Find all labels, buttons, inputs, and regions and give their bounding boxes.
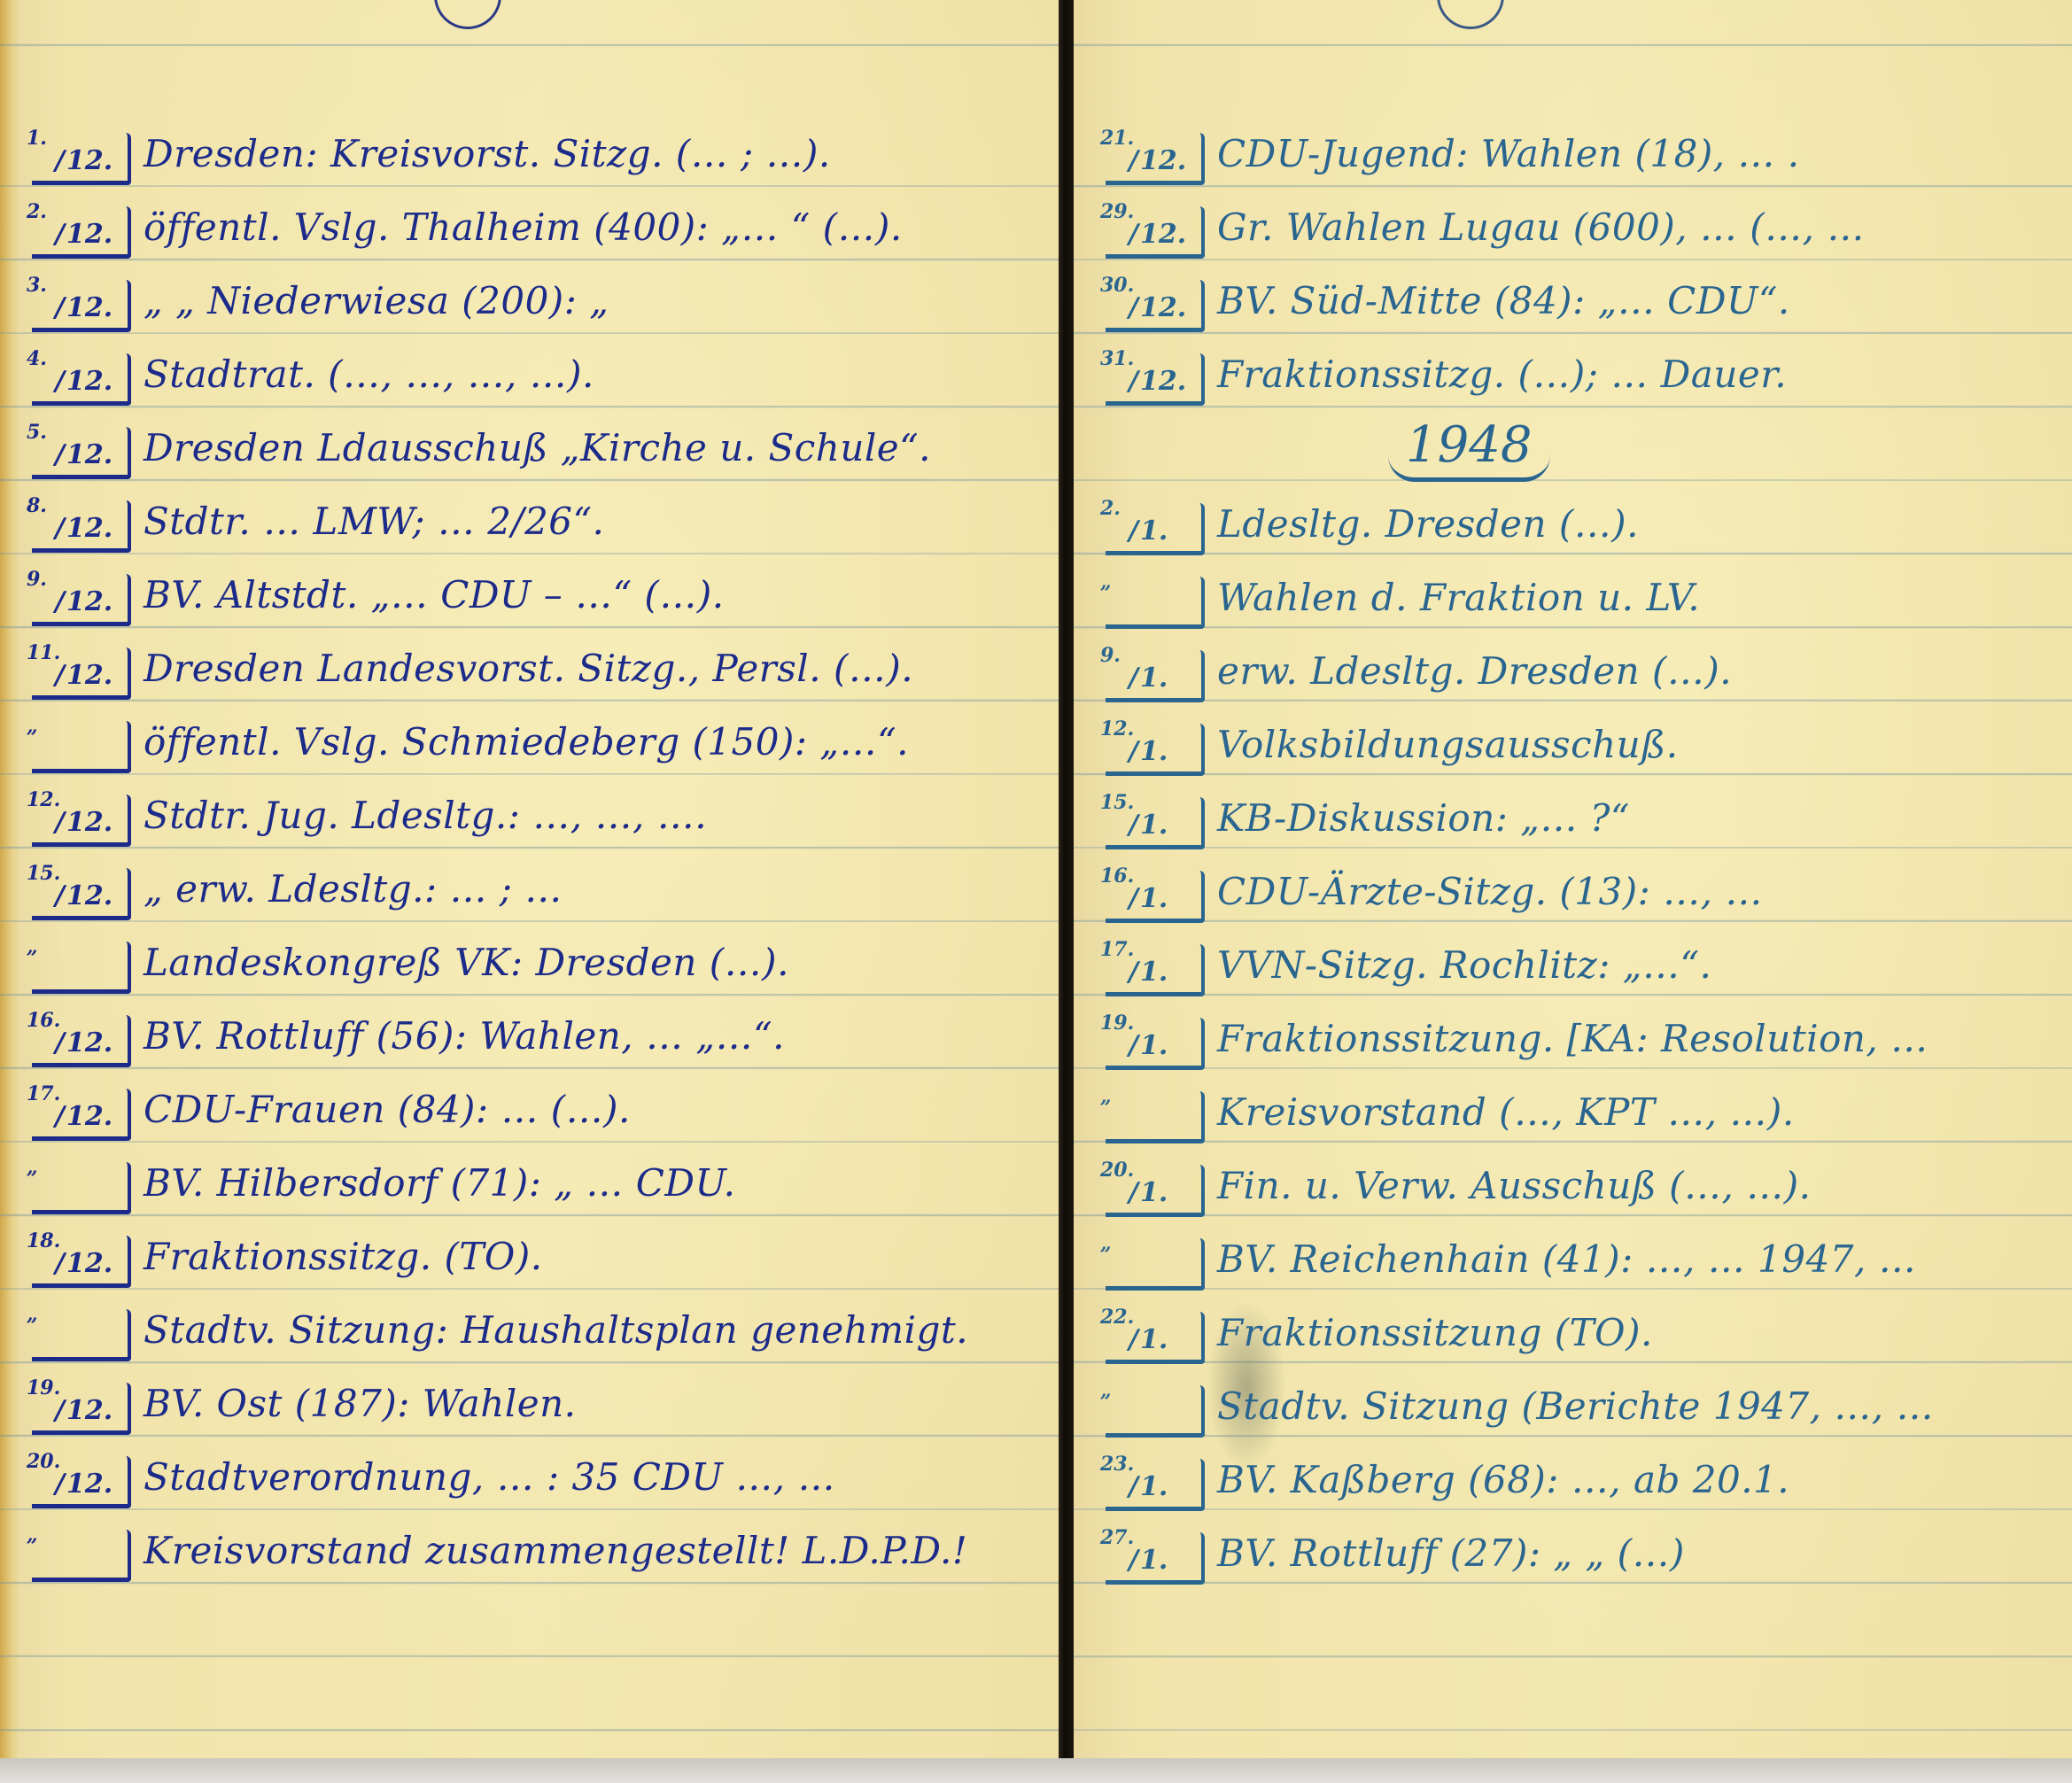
date-bracket [1106, 650, 1205, 702]
diary-entry: „ Stadtv. Sitzung: Haushaltsplan genehmi… [23, 1290, 968, 1363]
entry-text: KB-Diskussion: „… ?“ [1210, 800, 1630, 851]
date-bracket [1106, 1532, 1205, 1585]
entry-date: 8. 12. [23, 492, 136, 554]
book-gutter [1059, 0, 1074, 1758]
date-bracket [32, 1015, 131, 1067]
diary-entry: 27. 1. BV. Rottluff (27): „ „ (…) [1097, 1513, 1685, 1586]
diary-entry: 29. 12. Gr. Wahlen Lugau (600), … (…, … [1097, 187, 1865, 260]
date-bracket [32, 1236, 131, 1288]
diary-entry: 16. 1. CDU-Ärzte-Sitzg. (13): …, … [1097, 851, 1763, 925]
diary-entry: „ BV. Reichenhain (41): …, … 1947, … [1097, 1219, 1916, 1292]
entry-text: Stdtr. Jug. Ldesltg.: …, …, …. [136, 797, 707, 849]
diary-entry: 21. 12. CDU-Jugend: Wahlen (18), … . [1097, 113, 1800, 187]
entry-date: 29. 12. [1097, 198, 1210, 260]
entry-text: erw. Ldesltg. Dresden (…). [1210, 653, 1732, 704]
entry-date: „ [23, 1522, 136, 1584]
entry-date: „ [23, 1154, 136, 1216]
entry-date: 23. 1. [1097, 1451, 1210, 1513]
entry-date: „ [1097, 1377, 1210, 1439]
date-bracket [1106, 577, 1205, 629]
entry-text: Landeskongreß VK: Dresden (…). [136, 944, 789, 996]
entry-date: „ [23, 934, 136, 996]
date-bracket [1106, 1238, 1205, 1291]
diary-entry: 19. 1. Fraktionssitzung. [KA: Resolution… [1097, 998, 1928, 1072]
diary-entry: 20. 12. Stadtverordnung, … : 35 CDU …, … [23, 1437, 835, 1510]
date-bracket [32, 1089, 131, 1141]
diary-entry: 17. 12. CDU-Frauen (84): … (…). [23, 1069, 631, 1143]
diary-entry: 15. 12. „ erw. Ldesltg.: … ; … [23, 849, 563, 922]
date-bracket [1106, 1385, 1205, 1438]
date-bracket [1106, 797, 1205, 849]
entry-text: Fraktionssitzg. (…); … Dauer. [1210, 356, 1787, 407]
entry-text: Stadtv. Sitzung (Berichte 1947, …, … [1210, 1388, 1934, 1439]
entry-text: Stadtv. Sitzung: Haushaltsplan genehmigt… [136, 1312, 968, 1363]
entry-date: 2. 1. [1097, 495, 1210, 557]
date-bracket [32, 942, 131, 994]
entry-text: Stadtrat. (…, …, …, …). [136, 356, 594, 407]
date-bracket [32, 1383, 131, 1435]
entry-text: öffentl. Vslg. Thalheim (400): „… “ (…). [136, 209, 903, 260]
entry-text: CDU-Frauen (84): … (…). [136, 1091, 631, 1143]
diary-entry: 31. 12. Fraktionssitzg. (…); … Dauer. [1097, 334, 1787, 407]
date-bracket [32, 1309, 131, 1361]
entry-text: Ldesltg. Dresden (…). [1210, 506, 1639, 557]
diary-entry: 17. 1. VVN-Sitzg. Rochlitz: „…“. [1097, 925, 1711, 998]
entry-date: „ [1097, 1083, 1210, 1145]
entry-date: „ [1097, 1230, 1210, 1292]
date-bracket [32, 868, 131, 920]
entry-date: 2. 12. [23, 198, 136, 260]
entry-date: 16. 1. [1097, 863, 1210, 925]
entry-date: 19. 1. [1097, 1010, 1210, 1072]
date-bracket [32, 427, 131, 479]
diary-entry: 22. 1. Fraktionssitzung (TO). [1097, 1292, 1653, 1366]
entry-date: 30. 12. [1097, 272, 1210, 334]
entry-date: 17. 12. [23, 1081, 136, 1143]
date-bracket [32, 574, 131, 626]
entry-date: 12. 1. [1097, 716, 1210, 778]
date-bracket [1106, 353, 1205, 406]
diary-entry: „ BV. Hilbersdorf (71): „ … CDU. [23, 1143, 735, 1216]
date-bracket [1106, 1459, 1205, 1511]
entry-date: 21. 12. [1097, 125, 1210, 187]
entry-text: BV. Rottluff (27): „ „ (…) [1210, 1535, 1685, 1586]
entry-date: 15. 12. [23, 860, 136, 922]
entry-text: BV. Reichenhain (41): …, … 1947, … [1210, 1241, 1916, 1292]
diary-entry: 1. 12. Dresden: Kreisvorst. Sitzg. (… ; … [23, 113, 831, 187]
right-page: 1948 21. 12. CDU-Jugend: Wahlen (18), … … [1074, 0, 2072, 1758]
diary-entry: „ Kreisvorstand (…, KPT …, …). [1097, 1072, 1795, 1145]
entry-text: Fin. u. Verw. Ausschuß (…, …). [1210, 1167, 1812, 1219]
entry-text: VVN-Sitzg. Rochlitz: „…“. [1210, 947, 1711, 998]
entry-text: CDU-Jugend: Wahlen (18), … . [1210, 136, 1800, 187]
entry-date: 27. 1. [1097, 1524, 1210, 1586]
diary-entry: 23. 1. BV. Kaßberg (68): …, ab 20.1. [1097, 1439, 1789, 1513]
diary-entry: 2. 1. Ldesltg. Dresden (…). [1097, 484, 1639, 557]
date-bracket [32, 795, 131, 847]
diary-entry: 19. 12. BV. Ost (187): Wahlen. [23, 1363, 577, 1437]
diary-entry: 16. 12. BV. Rottluff (56): Wahlen, … „…“… [23, 996, 785, 1069]
date-bracket [32, 206, 131, 259]
diary-entry: 5. 12. Dresden Ldausschuß „Kirche u. Sch… [23, 407, 931, 481]
diary-entry: 12. 12. Stdtr. Jug. Ldesltg.: …, …, …. [23, 775, 707, 849]
entry-text: öffentl. Vslg. Schmiedeberg (150): „…“. [136, 724, 909, 775]
entry-date: 1. 12. [23, 125, 136, 187]
diary-entry: 9. 12. BV. Altstdt. „… CDU – …“ (…). [23, 554, 725, 628]
entry-date: „ [1097, 569, 1210, 631]
entry-text: Stadtverordnung, … : 35 CDU …, … [136, 1459, 835, 1510]
date-bracket [32, 1456, 131, 1508]
diary-entry: 9. 1. erw. Ldesltg. Dresden (…). [1097, 631, 1732, 704]
year-heading: 1948 [1388, 416, 1550, 482]
entry-text: Gr. Wahlen Lugau (600), … (…, … [1210, 209, 1865, 260]
entry-text: Dresden Landesvorst. Sitzg., Persl. (…). [136, 650, 913, 702]
entry-text: Fraktionssitzung (TO). [1210, 1314, 1653, 1366]
entry-text: Fraktionssitzg. (TO). [136, 1238, 543, 1290]
diary-entry: „ Stadtv. Sitzung (Berichte 1947, …, … [1097, 1366, 1934, 1439]
entry-date: 11. 12. [23, 640, 136, 702]
entry-date: 9. 12. [23, 566, 136, 628]
date-bracket [1106, 133, 1205, 185]
entry-date: 18. 12. [23, 1228, 136, 1290]
date-bracket [1106, 1018, 1205, 1070]
diary-entry: „ Wahlen d. Fraktion u. LV. [1097, 557, 1700, 631]
date-bracket [32, 1162, 131, 1214]
entry-date: „ [23, 1301, 136, 1363]
entry-text: Dresden Ldausschuß „Kirche u. Schule“. [136, 430, 931, 481]
entry-text: Fraktionssitzung. [KA: Resolution, … [1210, 1020, 1928, 1072]
entry-date: 12. 12. [23, 787, 136, 849]
entry-date: 17. 1. [1097, 936, 1210, 998]
diary-entry: 30. 12. BV. Süd-Mitte (84): „… CDU“. [1097, 260, 1790, 334]
entry-text: Kreisvorstand zusammengestellt! L.D.P.D.… [136, 1532, 967, 1584]
entry-text: BV. Kaßberg (68): …, ab 20.1. [1210, 1461, 1789, 1513]
date-bracket [1106, 280, 1205, 332]
entry-text: Stdtr. … LMW; … 2/26“. [136, 503, 604, 554]
date-bracket [1106, 1165, 1205, 1217]
diary-entry: 4. 12. Stadtrat. (…, …, …, …). [23, 334, 594, 407]
entry-text: Wahlen d. Fraktion u. LV. [1210, 579, 1700, 631]
diary-entry: 11. 12. Dresden Landesvorst. Sitzg., Per… [23, 628, 913, 702]
diary-entry: 8. 12. Stdtr. … LMW; … 2/26“. [23, 481, 604, 554]
entry-text: „ erw. Ldesltg.: … ; … [136, 871, 563, 922]
entry-text: BV. Süd-Mitte (84): „… CDU“. [1210, 283, 1790, 334]
scan-bottom-edge [0, 1758, 2072, 1783]
entry-date: 9. 1. [1097, 642, 1210, 704]
entry-date: 31. 12. [1097, 345, 1210, 407]
date-bracket [32, 721, 131, 773]
date-bracket [32, 280, 131, 332]
entry-text: BV. Altstdt. „… CDU – …“ (…). [136, 577, 725, 628]
diary-entry: 12. 1. Volksbildungsausschuß. [1097, 704, 1679, 778]
date-bracket [1106, 944, 1205, 996]
entry-date: 16. 12. [23, 1007, 136, 1069]
left-page: 1. 12. Dresden: Kreisvorst. Sitzg. (… ; … [0, 0, 1059, 1758]
entry-date: 20. 12. [23, 1448, 136, 1510]
diary-entry: „ Landeskongreß VK: Dresden (…). [23, 922, 789, 996]
diary-entry: 20. 1. Fin. u. Verw. Ausschuß (…, …). [1097, 1145, 1812, 1219]
date-bracket [1106, 1091, 1205, 1143]
date-bracket [32, 500, 131, 553]
entry-date: „ [23, 713, 136, 775]
entry-text: „ „ Niederwiesa (200): „ [136, 283, 609, 334]
date-bracket [32, 647, 131, 700]
diary-entry: 2. 12. öffentl. Vslg. Thalheim (400): „…… [23, 187, 903, 260]
entry-date: 3. 12. [23, 272, 136, 334]
diary-entry: 18. 12. Fraktionssitzg. (TO). [23, 1216, 543, 1290]
entry-date: 5. 12. [23, 419, 136, 481]
date-bracket [1106, 724, 1205, 776]
entry-text: Kreisvorstand (…, KPT …, …). [1210, 1094, 1795, 1145]
entry-text: Volksbildungsausschuß. [1210, 726, 1679, 778]
entry-date: 20. 1. [1097, 1157, 1210, 1219]
date-bracket [1106, 1312, 1205, 1364]
entry-text: BV. Hilbersdorf (71): „ … CDU. [136, 1165, 735, 1216]
diary-entry: 3. 12. „ „ Niederwiesa (200): „ [23, 260, 609, 334]
date-bracket [1106, 871, 1205, 923]
date-bracket [32, 1530, 131, 1582]
entry-date: 4. 12. [23, 345, 136, 407]
date-bracket [1106, 206, 1205, 259]
entry-date: 19. 12. [23, 1375, 136, 1437]
entry-text: BV. Ost (187): Wahlen. [136, 1385, 577, 1437]
diary-entry: 15. 1. KB-Diskussion: „… ?“ [1097, 778, 1630, 851]
date-bracket [1106, 503, 1205, 555]
entry-date: 15. 1. [1097, 789, 1210, 851]
entry-text: BV. Rottluff (56): Wahlen, … „…“. [136, 1018, 785, 1069]
date-bracket [32, 353, 131, 406]
entry-date: 22. 1. [1097, 1304, 1210, 1366]
entry-text: Dresden: Kreisvorst. Sitzg. (… ; …). [136, 136, 831, 187]
date-bracket [32, 133, 131, 185]
diary-entry: „ Kreisvorstand zusammengestellt! L.D.P.… [23, 1510, 967, 1584]
diary-entry: „ öffentl. Vslg. Schmiedeberg (150): „…“… [23, 702, 909, 775]
notebook-spread: 1. 12. Dresden: Kreisvorst. Sitzg. (… ; … [0, 0, 2072, 1758]
entry-text: CDU-Ärzte-Sitzg. (13): …, … [1210, 873, 1763, 925]
